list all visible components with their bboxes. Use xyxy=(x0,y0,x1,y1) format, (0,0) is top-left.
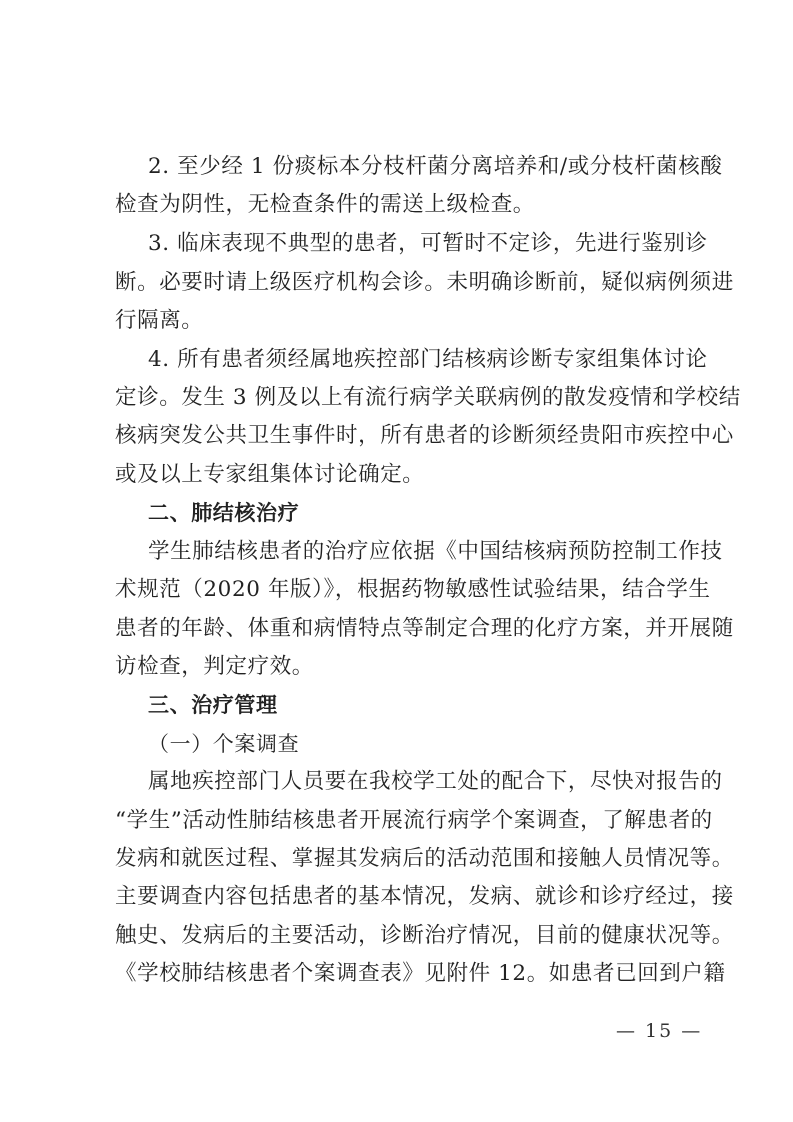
subsection-heading-case-investigation: （一）个案调查 xyxy=(148,729,693,759)
section-heading-treatment: 二、肺结核治疗 xyxy=(148,498,693,528)
text-line: 行隔离。 xyxy=(115,306,693,336)
section-heading-management: 三、治疗管理 xyxy=(148,690,693,720)
text-line: 发病和就医过程、掌握其发病后的活动范围和接触人员情况等。 xyxy=(115,844,693,874)
text-line: 断。必要时请上级医疗机构会诊。未明确诊断前，疑似病例须进 xyxy=(115,268,693,298)
text-line-criterion-4: 4. 所有患者须经属地疾控部门结核病诊断专家组集体讨论 xyxy=(148,345,693,375)
text-line: 或及以上专家组集体讨论确定。 xyxy=(115,460,693,490)
text-line: “学生”活动性肺结核患者开展流行病学个案调查，了解患者的 xyxy=(115,806,693,836)
text-line: 核病突发公共卫生事件时，所有患者的诊断须经贵阳市疾控中心 xyxy=(115,421,693,451)
text-line: 触史、发病后的主要活动，诊断治疗情况，目前的健康状况等。 xyxy=(115,921,693,951)
text-line: 《学校肺结核患者个案调查表》见附件 12。如患者已回到户籍 xyxy=(115,959,693,989)
text-line: 访检查，判定疗效。 xyxy=(115,652,693,682)
text-line: 术规范（2020 年版）》，根据药物敏感性试验结果，结合学生 xyxy=(115,575,693,605)
text-line: 主要调查内容包括患者的基本情况，发病、就诊和诊疗经过，接 xyxy=(115,882,693,912)
text-line: 属地疾控部门人员要在我校学工处的配合下，尽快对报告的 xyxy=(148,767,693,797)
text-line-criterion-3: 3. 临床表现不典型的患者，可暂时不定诊，先进行鉴别诊 xyxy=(148,229,693,259)
page-number: — 15 — xyxy=(616,1020,702,1042)
text-line: 定诊。发生 3 例及以上有流行病学关联病例的散发疫情和学校结 xyxy=(115,383,693,413)
text-line: 检查为阴性，无检查条件的需送上级检查。 xyxy=(115,190,693,220)
text-line-criterion-2: 2. 至少经 1 份痰标本分枝杆菌分离培养和/或分枝杆菌核酸 xyxy=(148,152,693,182)
text-line: 患者的年龄、体重和病情特点等制定合理的化疗方案，并开展随 xyxy=(115,614,693,644)
text-line: 学生肺结核患者的治疗应依据《中国结核病预防控制工作技 xyxy=(148,537,693,567)
